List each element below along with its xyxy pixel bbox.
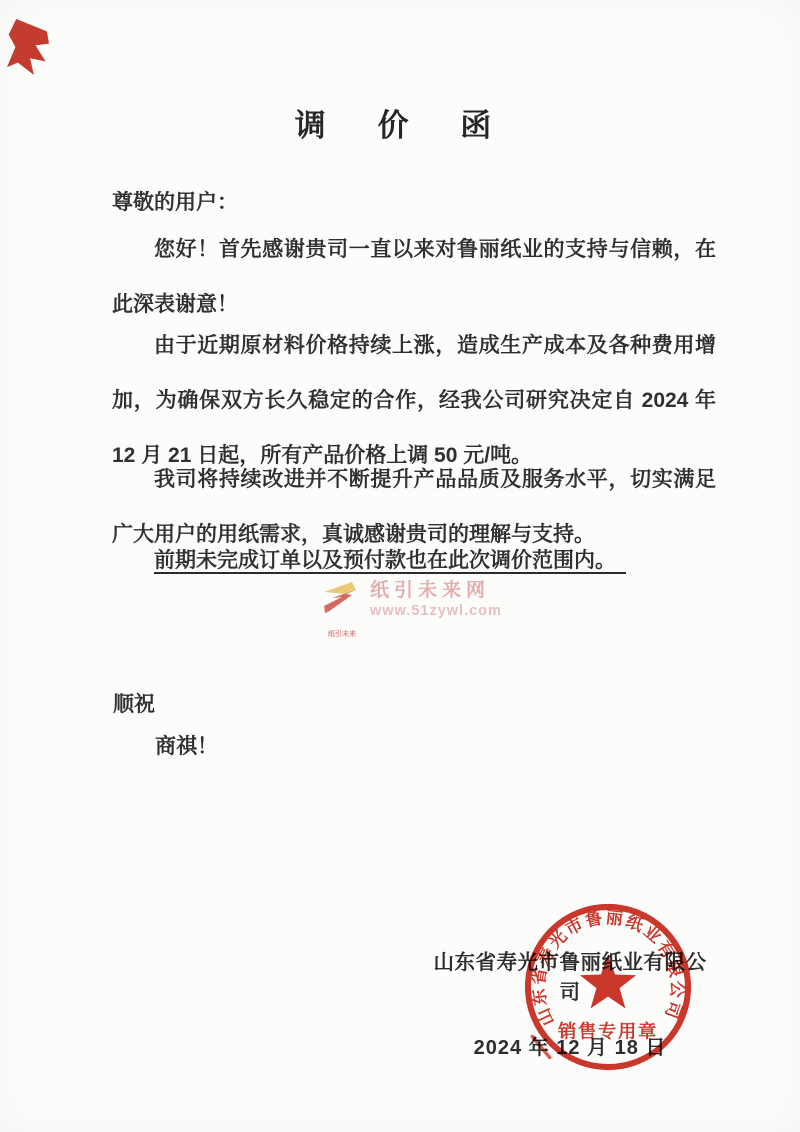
salutation: 尊敬的用户：	[112, 188, 716, 218]
seal-bottom-label: 销售专用章	[558, 1020, 658, 1041]
letter-page: 调 价 函 尊敬的用户： 您好！首先感谢贵司一直以来对鲁丽纸业的支持与信赖，在此…	[0, 0, 800, 1132]
watermark-site-url: www.51zywl.com	[370, 602, 502, 620]
site-watermark: 纸引未来 纸引未来网 www.51zywl.com	[322, 580, 512, 640]
underlined-note-text: 前期未完成订单以及预付款也在此次调价范围内。	[154, 549, 626, 574]
paragraph-thanks: 您好！首先感谢贵司一直以来对鲁丽纸业的支持与信赖，在此深表谢意！	[112, 222, 716, 332]
closing-line-1: 顺祝	[113, 688, 155, 718]
closing-line-2: 商祺！	[155, 730, 218, 760]
page-title: 调 价 函	[0, 100, 800, 145]
watermark-site-name: 纸引未来网	[370, 580, 502, 602]
seal-star-icon	[580, 955, 636, 1009]
watermark-logo-caption: 纸引未来	[322, 631, 362, 638]
red-corner-mark-icon	[7, 19, 49, 75]
watermark-z-logo-icon: 纸引未来	[322, 580, 362, 638]
company-seal-stamp: 山东省寿光市鲁丽纸业有限公司 销售专用章	[521, 900, 695, 1074]
